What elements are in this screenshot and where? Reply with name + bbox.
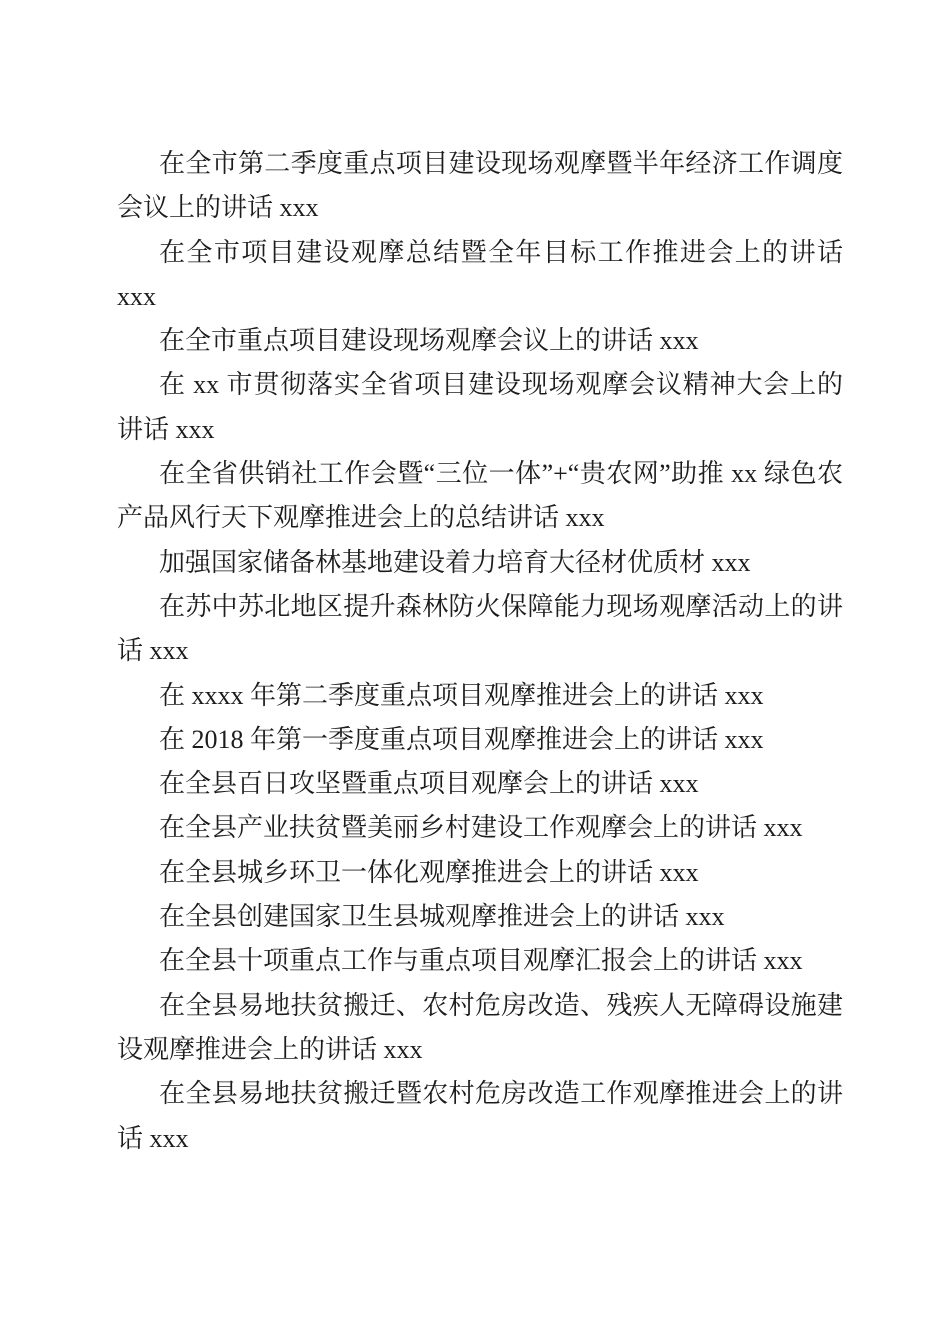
speech-title-item: 在全市重点项目建设现场观摩会议上的讲话 xxx (117, 319, 843, 363)
speech-title-item: 在全县十项重点工作与重点项目观摩汇报会上的讲话 xxx (117, 939, 843, 983)
speech-title-item: 在全县百日攻坚暨重点项目观摩会上的讲话 xxx (117, 762, 843, 806)
speech-title-item: 在全县创建国家卫生县城观摩推进会上的讲话 xxx (117, 895, 843, 939)
speech-title-item: 在苏中苏北地区提升森林防火保障能力现场观摩活动上的讲话 xxx (117, 585, 843, 674)
speech-title-item: 在全县产业扶贫暨美丽乡村建设工作观摩会上的讲话 xxx (117, 806, 843, 850)
speech-title-item: 在全县城乡环卫一体化观摩推进会上的讲话 xxx (117, 851, 843, 895)
speech-title-item: 在全县易地扶贫搬迁、农村危房改造、残疾人无障碍设施建设观摩推进会上的讲话 xxx (117, 984, 843, 1073)
speech-title-item: 在全市第二季度重点项目建设现场观摩暨半年经济工作调度会议上的讲话 xxx (117, 142, 843, 231)
speech-title-item: 在 2018 年第一季度重点项目观摩推进会上的讲话 xxx (117, 718, 843, 762)
speech-title-item: 在 xxxx 年第二季度重点项目观摩推进会上的讲话 xxx (117, 674, 843, 718)
speech-title-item: 在全县易地扶贫搬迁暨农村危房改造工作观摩推进会上的讲话 xxx (117, 1072, 843, 1161)
document-body: 在全市第二季度重点项目建设现场观摩暨半年经济工作调度会议上的讲话 xxx 在全市… (117, 142, 843, 1161)
speech-title-item: 在全省供销社工作会暨“三位一体”+“贵农网”助推 xx 绿色农产品风行天下观摩推… (117, 452, 843, 541)
speech-title-item: 在 xx 市贯彻落实全省项目建设现场观摩会议精神大会上的讲话 xxx (117, 363, 843, 452)
speech-title-item: 加强国家储备林基地建设着力培育大径材优质材 xxx (117, 541, 843, 585)
document-page: 在全市第二季度重点项目建设现场观摩暨半年经济工作调度会议上的讲话 xxx 在全市… (0, 0, 950, 1344)
speech-title-item: 在全市项目建设观摩总结暨全年目标工作推进会上的讲话 xxx (117, 231, 843, 320)
